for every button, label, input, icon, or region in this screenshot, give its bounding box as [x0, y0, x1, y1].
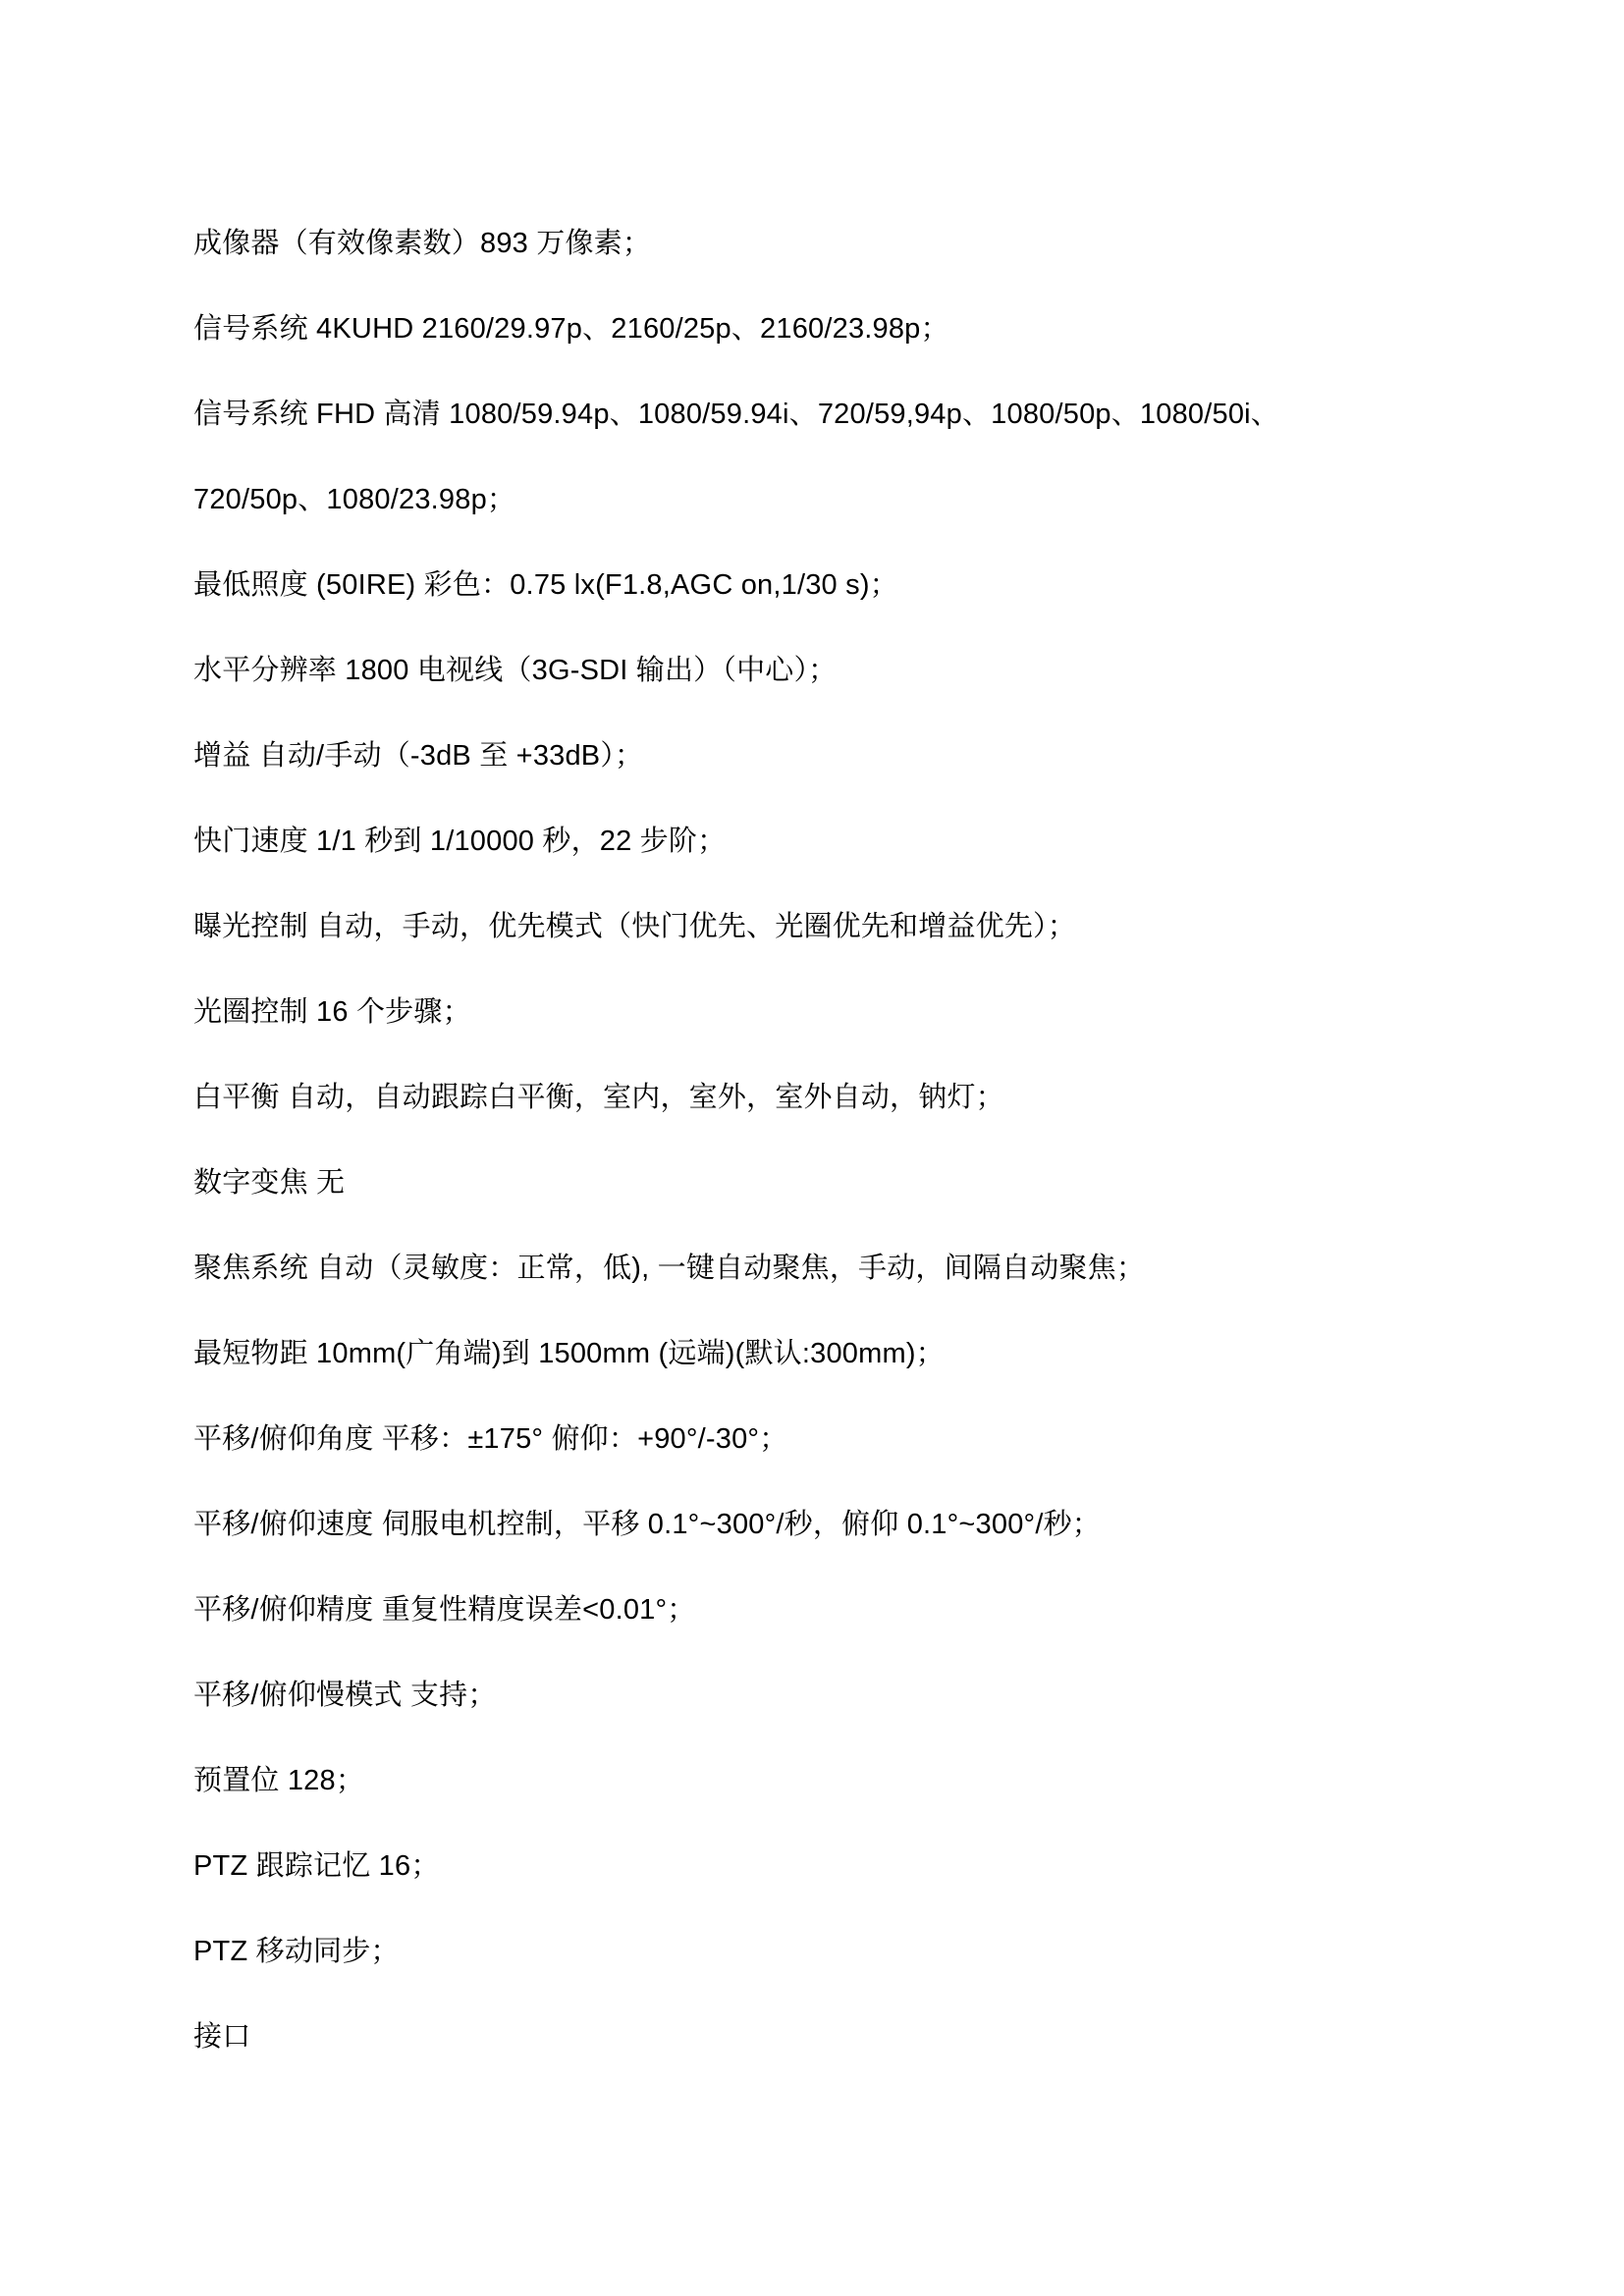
spec-line-min-illumination: 最低照度 (50IRE) 彩色：0.75 lx(F1.8,AGC on,1/30… [193, 543, 1506, 628]
spec-line-pan-tilt-angle: 平移/俯仰角度 平移：±175° 俯仰：+90°/-30°； [193, 1397, 1506, 1482]
spec-line-imager: 成像器（有效像素数）893 万像素； [193, 201, 1506, 287]
spec-line-iris-control: 光圈控制 16 个步骤； [193, 970, 1506, 1055]
spec-line-horizontal-resolution: 水平分辨率 1800 电视线（3G-SDI 输出）（中心）； [193, 628, 1506, 714]
spec-line-exposure-control: 曝光控制 自动，手动，优先模式（快门优先、光圈优先和增益优先）； [193, 884, 1506, 970]
spec-line-pan-tilt-speed: 平移/俯仰速度 伺服电机控制，平移 0.1°~300°/秒，俯仰 0.1°~30… [193, 1482, 1506, 1568]
spec-list: 成像器（有效像素数）893 万像素； 信号系统 4KUHD 2160/29.97… [193, 201, 1506, 2080]
spec-line-presets: 预置位 128； [193, 1738, 1506, 1824]
spec-line-signal-fhd-cont: 720/50p、1080/23.98p； [193, 457, 1506, 543]
spec-line-digital-zoom: 数字变焦 无 [193, 1141, 1506, 1226]
spec-line-signal-fhd: 信号系统 FHD 高清 1080/59.94p、1080/59.94i、720/… [193, 372, 1506, 457]
spec-line-gain: 增益 自动/手动（-3dB 至 +33dB）； [193, 714, 1506, 799]
spec-line-pan-tilt-slow-mode: 平移/俯仰慢模式 支持； [193, 1653, 1506, 1738]
spec-line-shutter-speed: 快门速度 1/1 秒到 1/10000 秒，22 步阶； [193, 799, 1506, 884]
document-page: 成像器（有效像素数）893 万像素； 信号系统 4KUHD 2160/29.97… [0, 0, 1624, 2296]
spec-line-min-object-distance: 最短物距 10mm(广角端)到 1500mm (远端)(默认:300mm)； [193, 1311, 1506, 1397]
spec-line-ptz-trace-memory: PTZ 跟踪记忆 16； [193, 1824, 1506, 1909]
spec-line-pan-tilt-accuracy: 平移/俯仰精度 重复性精度误差<0.01°； [193, 1568, 1506, 1653]
spec-line-white-balance: 白平衡 自动，自动跟踪白平衡，室内，室外，室外自动，钠灯； [193, 1055, 1506, 1141]
spec-line-focus-system: 聚焦系统 自动（灵敏度：正常，低), 一键自动聚焦，手动，间隔自动聚焦； [193, 1226, 1506, 1311]
spec-line-interface-heading: 接口 [193, 1995, 1506, 2080]
spec-line-signal-4k: 信号系统 4KUHD 2160/29.97p、2160/25p、2160/23.… [193, 287, 1506, 372]
spec-line-ptz-motion-sync: PTZ 移动同步； [193, 1909, 1506, 1995]
